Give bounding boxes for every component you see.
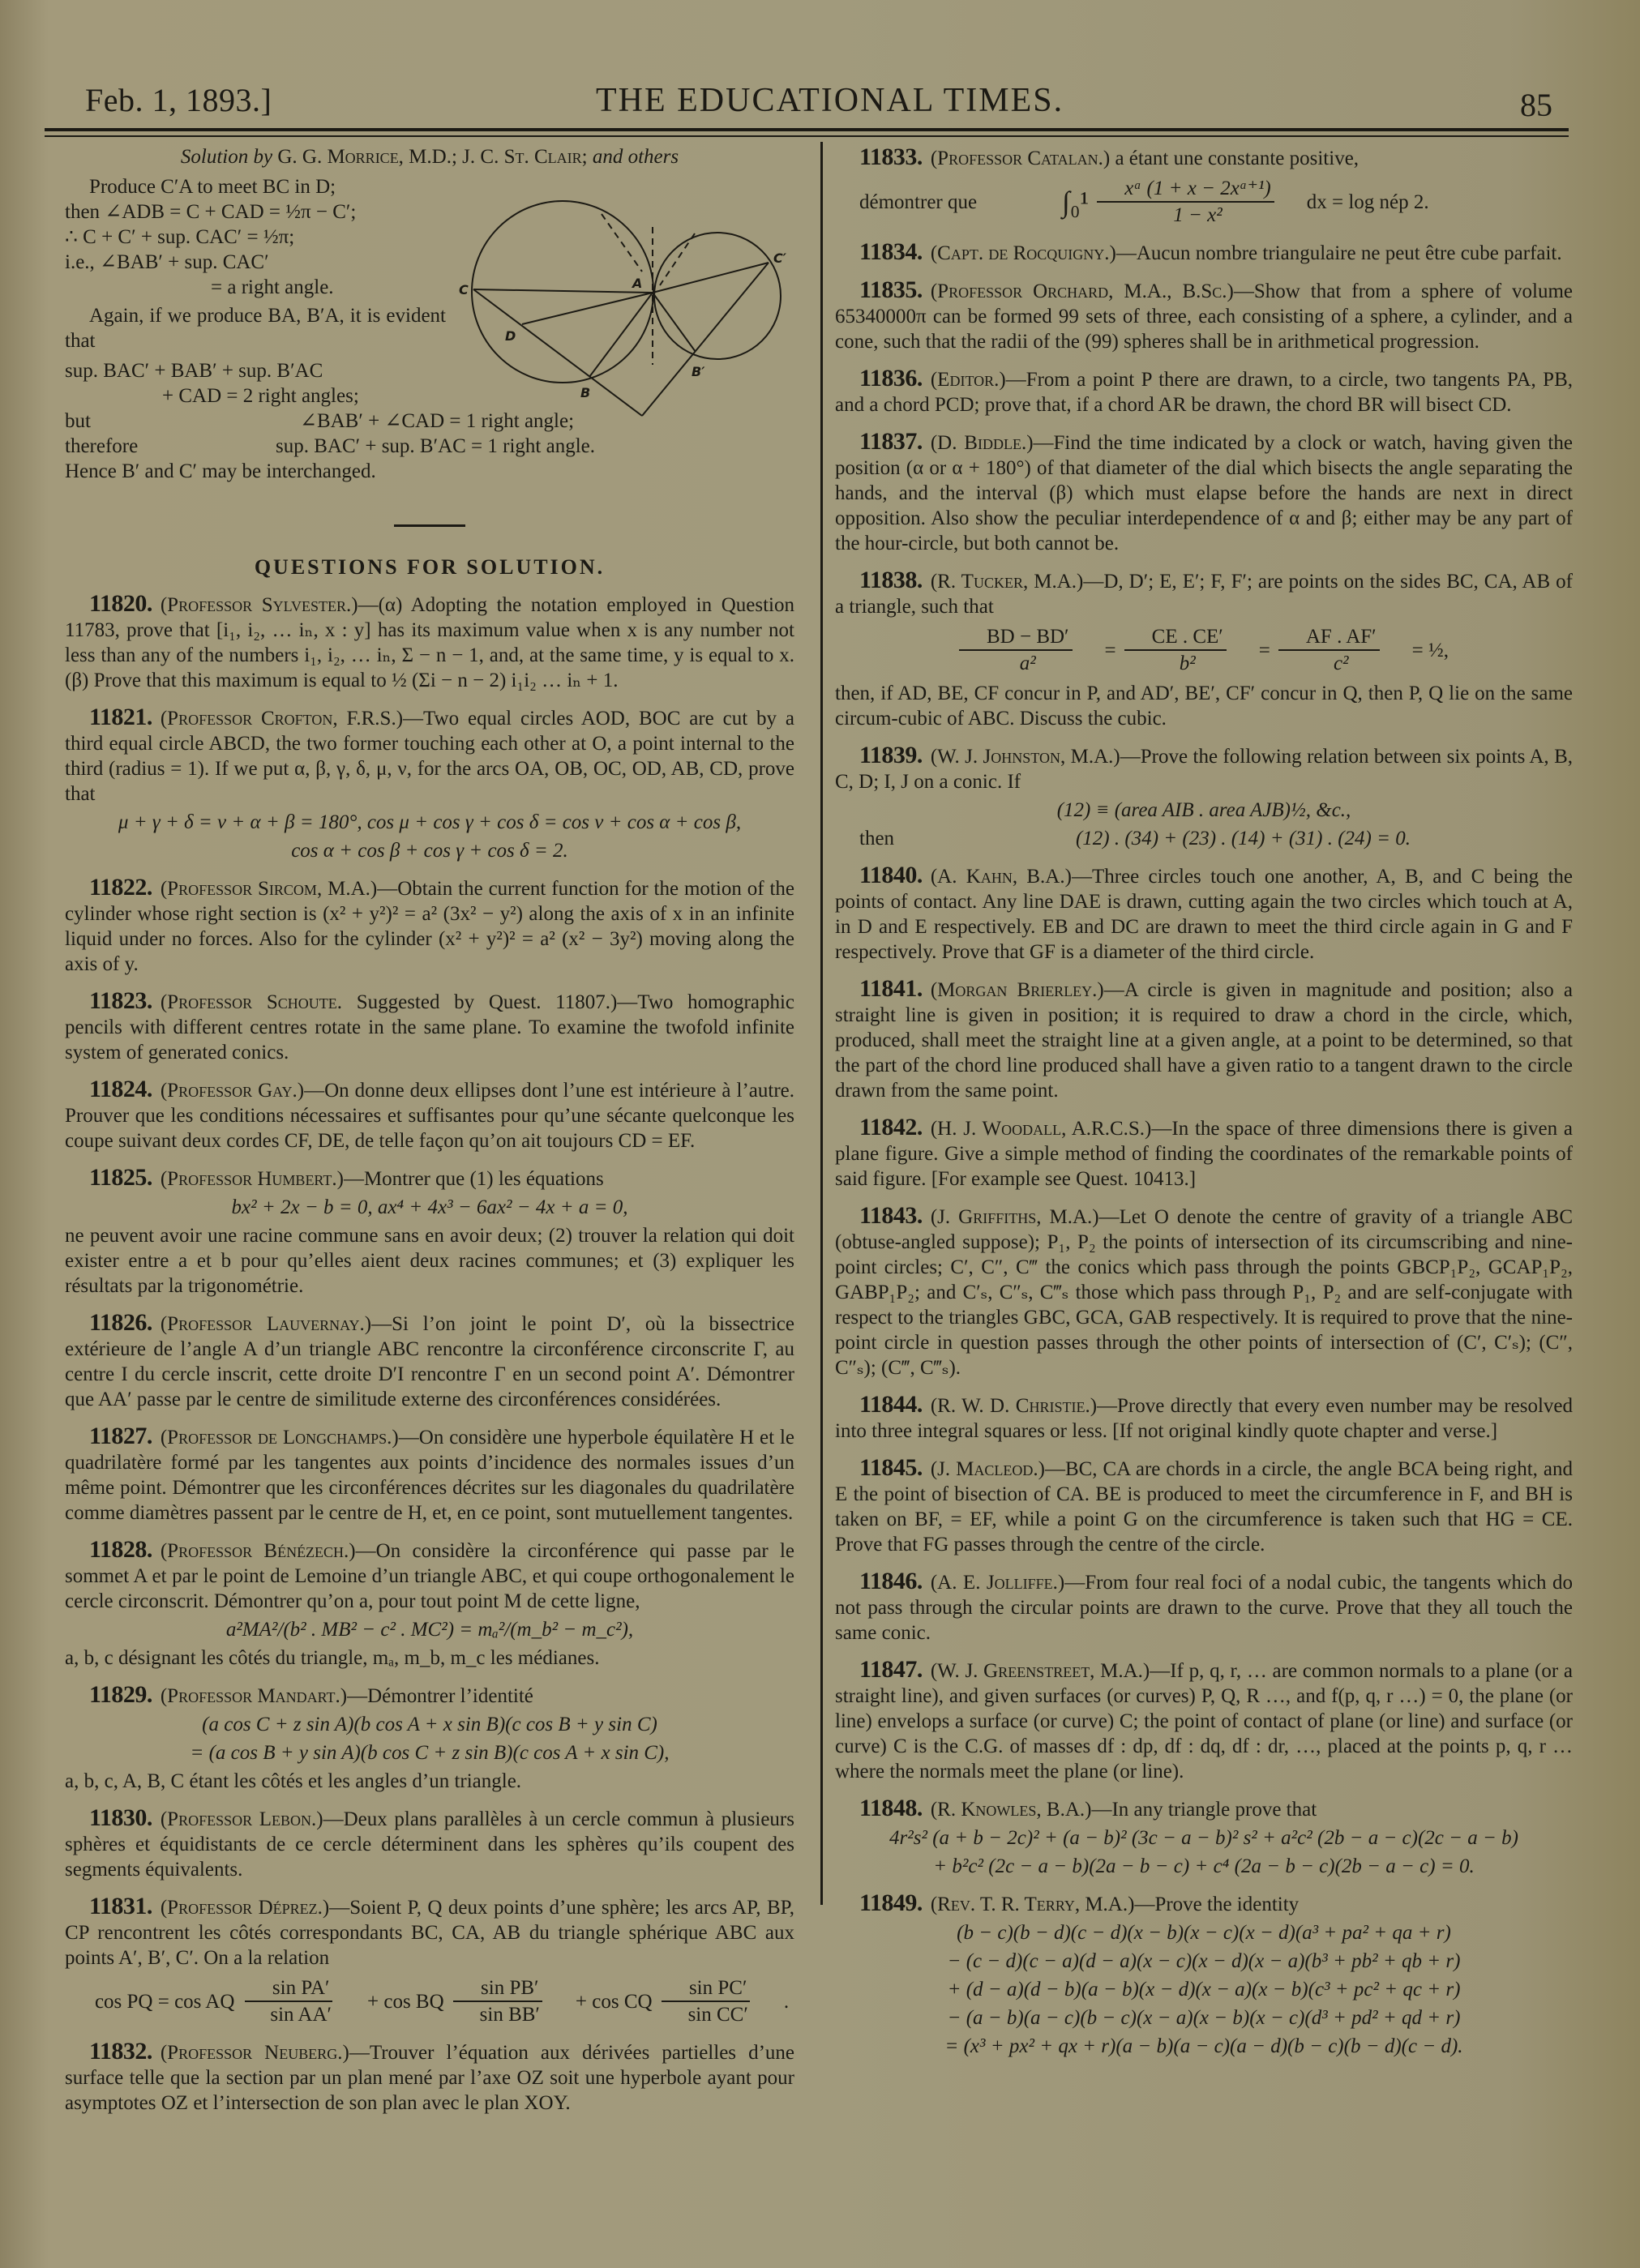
integral-equation: démontrer que∫₀¹xᵃ (1 + x − 2xᵃ⁺¹)1 − x²… — [835, 176, 1573, 228]
question-text: 11836.(Editor.)—From a point P there are… — [835, 366, 1573, 417]
question-continuation: a, b, c désignant les côtés du triangle,… — [65, 1645, 794, 1671]
question-author: (Professor Lauvernay.) — [161, 1313, 371, 1335]
question-body: a étant une constante positive, — [1110, 148, 1359, 169]
fraction-denominator: c² — [1306, 651, 1352, 676]
question-author: (Professor Crofton, F.R.S.) — [161, 708, 403, 730]
question-number: 11831. — [89, 1893, 152, 1919]
equation: = (x³ + px² + qx + r)(a − b)(a − c)(a − … — [835, 2034, 1573, 2059]
question-11829: 11829.(Professor Mandart.)—Démontrer l’i… — [65, 1682, 794, 1794]
fraction: sin PC′sin CC′ — [661, 1975, 751, 2027]
question-number: 11830. — [89, 1804, 152, 1831]
question-text: 11843.(J. Griffiths, M.A.)—Let O denote … — [835, 1203, 1573, 1380]
equation: + b²c² (2c − a − b)(2a − b − c) + c⁴ (2a… — [835, 1854, 1573, 1879]
question-author: (D. Biddle.) — [931, 432, 1034, 454]
formula-term: . — [760, 1989, 789, 2014]
equation: (12) ≡ (area AIB . area AJB)½, &c., — [835, 798, 1573, 823]
question-number: 11833. — [859, 143, 923, 170]
fraction-denominator: b² — [1152, 651, 1199, 676]
question-text: 11834.(Capt. de Rocquigny.)—Aucun nombre… — [835, 239, 1573, 266]
fraction-result: = ½, — [1388, 638, 1449, 663]
equation: − (c − d)(c − a)(d − a)(x − c)(x − d)(x … — [835, 1949, 1573, 1974]
question-author: (Professor Déprez.) — [161, 1897, 329, 1919]
question-11841: 11841.(Morgan Brierley.)—A circle is giv… — [835, 976, 1573, 1103]
question-number: 11836. — [859, 365, 923, 392]
question-number: 11838. — [859, 567, 923, 593]
then-equation: then(12) . (34) + (23) . (14) + (31) . (… — [835, 826, 1573, 851]
integral-sign: ∫₀¹ — [1038, 190, 1089, 215]
solution-but-line: but ∠BAB′ + ∠CAD = 1 right angle; — [65, 409, 794, 434]
question-body: —Démontrer l’identité — [347, 1685, 533, 1707]
question-text: 11825.(Professor Humbert.)—Montrer que (… — [65, 1165, 794, 1192]
page-number: 85 — [1520, 86, 1552, 124]
question-author: (Professor Mandart.) — [161, 1685, 347, 1707]
question-number: 11832. — [89, 2038, 152, 2065]
solution-line: ∴ C + C′ + sup. CAC′ = ½π; — [65, 225, 446, 250]
question-11838: 11838.(R. Tucker, M.A.)—D, D′; E, E′; F,… — [835, 567, 1573, 731]
question-text: 11830.(Professor Lebon.)—Deux plans para… — [65, 1805, 794, 1882]
question-number: 11827. — [89, 1423, 152, 1449]
questions-right: 11833.(Professor Catalan.) a étant une c… — [835, 144, 1573, 2059]
equation: − (a − b)(a − c)(b − c)(x − a)(x − b)(x … — [835, 2005, 1573, 2031]
solution-line: then ∠ADB = C + CAD = ½π − C′; — [65, 199, 446, 225]
equation: μ + γ + δ = ν + α + β = 180°, cos μ + co… — [65, 810, 794, 835]
question-author: (Professor de Longchamps.) — [161, 1427, 399, 1449]
integral-label: démontrer que — [835, 190, 1030, 215]
equation: (a cos C + z sin A)(b cos A + x sin B)(c… — [65, 1712, 794, 1737]
question-11822: 11822.(Professor Sircom, M.A.)—Obtain th… — [65, 875, 794, 977]
question-number: 11847. — [859, 1656, 923, 1683]
question-number: 11839. — [859, 742, 923, 768]
question-text: 11826.(Professor Lauvernay.)—Si l’on joi… — [65, 1310, 794, 1412]
fraction-equation: BD − BD′a²=CE . CE′b²=AF . AF′c²= ½, — [835, 624, 1573, 676]
question-body: —Let O denote the centre of gravity of a… — [835, 1206, 1573, 1379]
question-11828: 11828.(Professor Bénézech.)—On considère… — [65, 1537, 794, 1671]
question-text: 11848.(R. Knowles, B.A.)—In any triangle… — [835, 1795, 1573, 1822]
solution-body: Produce C′A to meet BC in D; then ∠ADB =… — [65, 174, 446, 409]
question-text: 11847.(W. J. Greenstreet, M.A.)—If p, q,… — [835, 1657, 1573, 1784]
question-number: 11822. — [89, 874, 152, 901]
question-author: (R. Knowles, B.A.) — [931, 1799, 1092, 1821]
question-author: (Professor Gay.) — [161, 1080, 304, 1102]
question-number: 11845. — [859, 1454, 923, 1481]
question-number: 11824. — [89, 1076, 152, 1102]
question-11821: 11821.(Professor Crofton, F.R.S.)—Two eq… — [65, 704, 794, 863]
left-column: Solution by G. G. Morrice, M.D.; J. C. S… — [65, 144, 794, 2127]
fraction-denominator: sin AA′ — [242, 2002, 335, 2027]
question-author: (Professor Humbert.) — [161, 1168, 344, 1190]
publication-title: THE EDUCATIONAL TIMES. — [596, 81, 1064, 120]
question-text: 11838.(R. Tucker, M.A.)—D, D′; E, E′; F,… — [835, 567, 1573, 619]
question-text: 11832.(Professor Neuberg.)—Trouver l’équ… — [65, 2039, 794, 2116]
question-11831: 11831.(Professor Déprez.)—Soient P, Q de… — [65, 1894, 794, 2027]
question-text: 11822.(Professor Sircom, M.A.)—Obtain th… — [65, 875, 794, 977]
question-number: 11846. — [859, 1568, 923, 1594]
question-number: 11841. — [859, 975, 923, 1002]
question-body: —Prove the identity — [1134, 1894, 1299, 1915]
question-continuation: ne peuvent avoir une racine commune sans… — [65, 1223, 794, 1299]
question-11834: 11834.(Capt. de Rocquigny.)—Aucun nombre… — [835, 239, 1573, 266]
question-11843: 11843.(J. Griffiths, M.A.)—Let O denote … — [835, 1203, 1573, 1380]
question-11823: 11823.(Professor Schoute. Suggested by Q… — [65, 988, 794, 1065]
question-11846: 11846.(A. E. Jolliffe.)—From four real f… — [835, 1568, 1573, 1645]
question-number: 11820. — [89, 590, 152, 617]
question-11830: 11830.(Professor Lebon.)—Deux plans para… — [65, 1805, 794, 1882]
question-author: (Professor Lebon.) — [161, 1808, 323, 1830]
question-author: (R. Tucker, M.A.) — [931, 571, 1083, 593]
question-11847: 11847.(W. J. Greenstreet, M.A.)—If p, q,… — [835, 1657, 1573, 1784]
solution-line: sup. BAC′ + BAB′ + sup. B′AC — [65, 358, 446, 383]
question-author: (Capt. de Rocquigny.) — [931, 242, 1116, 264]
question-11836: 11836.(Editor.)—From a point P there are… — [835, 366, 1573, 417]
equation: bx² + 2x − b = 0, ax⁴ + 4x³ − 6ax² − 4x … — [65, 1195, 794, 1220]
question-text: 11821.(Professor Crofton, F.R.S.)—Two eq… — [65, 704, 794, 807]
question-author: (Professor Neuberg.) — [161, 2042, 349, 2064]
question-number: 11843. — [859, 1202, 923, 1229]
header-rule — [45, 128, 1569, 131]
question-11832: 11832.(Professor Neuberg.)—Trouver l’équ… — [65, 2039, 794, 2116]
question-11825: 11825.(Professor Humbert.)—Montrer que (… — [65, 1165, 794, 1299]
fraction-denominator: a² — [992, 651, 1039, 676]
question-text: 11842.(H. J. Woodall, A.R.C.S.)—In the s… — [835, 1115, 1573, 1192]
header-rule-thin — [45, 135, 1569, 137]
question-number: 11835. — [859, 276, 923, 303]
question-number: 11823. — [89, 987, 152, 1014]
question-number: 11821. — [89, 704, 152, 730]
fraction-numerator: sin PA′ — [245, 1975, 333, 2002]
fraction-denominator: sin BB′ — [452, 2002, 543, 2027]
question-number: 11840. — [859, 862, 923, 888]
right-column: 11833.(Professor Catalan.) a étant une c… — [835, 144, 1573, 2070]
question-author: (A. E. Jolliffe.) — [931, 1572, 1064, 1594]
question-text: 11829.(Professor Mandart.)—Démontrer l’i… — [65, 1682, 794, 1709]
question-11833: 11833.(Professor Catalan.) a étant une c… — [835, 144, 1573, 228]
question-author: (Professor Schoute. — [161, 991, 342, 1013]
question-text: 11824.(Professor Gay.)—On donne deux ell… — [65, 1076, 794, 1153]
fraction-numerator: BD − BD′ — [959, 624, 1073, 651]
fraction: sin PB′sin BB′ — [452, 1975, 543, 2027]
question-11820: 11820.(Professor Sylvester.)—(α) Adoptin… — [65, 591, 794, 693]
question-text: 11839.(W. J. Johnston, M.A.)—Prove the f… — [835, 742, 1573, 794]
question-11837: 11837.(D. Biddle.)—Find the time indicat… — [835, 429, 1573, 556]
question-author: (Professor Orchard, M.A., B.Sc.) — [931, 280, 1234, 302]
equation: = (a cos B + y sin A)(b cos C + z sin B)… — [65, 1740, 794, 1765]
solution-line: Produce C′A to meet BC in D; — [65, 174, 446, 199]
question-text: 11827.(Professor de Longchamps.)—On cons… — [65, 1423, 794, 1526]
question-author: (Professor Bénézech.) — [161, 1540, 356, 1562]
newspaper-page: Feb. 1, 1893.] THE EDUCATIONAL TIMES. 85… — [0, 0, 1640, 2268]
question-number: 11828. — [89, 1536, 152, 1563]
question-text: 11849.(Rev. T. R. Terry, M.A.)—Prove the… — [835, 1890, 1573, 1917]
question-text: 11833.(Professor Catalan.) a étant une c… — [835, 144, 1573, 171]
equation: a²MA²/(b² . MB² − c² . MC²) = mₐ²/(m_b² … — [65, 1617, 794, 1642]
question-continuation: a, b, c, A, B, C étant les côtés et les … — [65, 1769, 794, 1794]
fraction-numerator: CE . CE′ — [1124, 624, 1227, 651]
question-11848: 11848.(R. Knowles, B.A.)—In any triangle… — [835, 1795, 1573, 1879]
fraction: AF . AF′c² — [1278, 624, 1380, 676]
question-author: (Professor Catalan.) — [931, 148, 1110, 169]
question-author: (R. W. D. Christie.) — [931, 1395, 1097, 1417]
question-11849: 11849.(Rev. T. R. Terry, M.A.)—Prove the… — [835, 1890, 1573, 2059]
question-11835: 11835.(Professor Orchard, M.A., B.Sc.)—S… — [835, 277, 1573, 354]
formula-term: cos PQ = cos AQ — [71, 1989, 234, 2014]
question-text: 11841.(Morgan Brierley.)—A circle is giv… — [835, 976, 1573, 1103]
integral-fraction: xᵃ (1 + x − 2xᵃ⁺¹)1 − x² — [1097, 176, 1274, 228]
question-body: —Montrer que (1) les équations — [344, 1168, 604, 1190]
solution-byline: Solution by G. G. Morrice, M.D.; J. C. S… — [65, 144, 794, 169]
question-11826: 11826.(Professor Lauvernay.)—Si l’on joi… — [65, 1310, 794, 1412]
issue-date: Feb. 1, 1893.] — [85, 81, 272, 119]
questions-left: 11820.(Professor Sylvester.)—(α) Adoptin… — [65, 591, 794, 2116]
fraction: BD − BD′a² — [959, 624, 1073, 676]
question-author: (J. Griffiths, M.A.) — [931, 1206, 1099, 1228]
fraction-numerator: sin PB′ — [453, 1975, 542, 2002]
question-body: —Aucun nombre triangulaire ne peut être … — [1116, 242, 1562, 264]
fraction-denominator: 1 − x² — [1145, 203, 1225, 228]
fraction-denominator: sin CC′ — [661, 2002, 751, 2027]
equation: 4r²s² (a + b − 2c)² + (a − b)² (3c − a −… — [835, 1825, 1573, 1851]
question-text: 11828.(Professor Bénézech.)—On considère… — [65, 1537, 794, 1614]
page-header: Feb. 1, 1893.] THE EDUCATIONAL TIMES. 85 — [45, 81, 1569, 130]
question-11824: 11824.(Professor Gay.)—On donne deux ell… — [65, 1076, 794, 1153]
question-text: 11820.(Professor Sylvester.)—(α) Adoptin… — [65, 591, 794, 693]
question-11842: 11842.(H. J. Woodall, A.R.C.S.)—In the s… — [835, 1115, 1573, 1192]
fraction: CE . CE′b² — [1124, 624, 1227, 676]
question-number: 11826. — [89, 1309, 152, 1336]
question-number: 11848. — [859, 1795, 923, 1821]
equals-sign: = — [1081, 638, 1116, 663]
question-11844: 11844.(R. W. D. Christie.)—Prove directl… — [835, 1392, 1573, 1444]
question-11827: 11827.(Professor de Longchamps.)—On cons… — [65, 1423, 794, 1526]
question-text: 11837.(D. Biddle.)—Find the time indicat… — [835, 429, 1573, 556]
question-number: 11834. — [859, 238, 923, 265]
equals-sign: = — [1235, 638, 1270, 663]
solution-therefore-line: therefore sup. BAC′ + sup. B′AC = 1 righ… — [65, 434, 794, 459]
question-text: 11835.(Professor Orchard, M.A., B.Sc.)—S… — [835, 277, 1573, 354]
question-author: (Rev. T. R. Terry, M.A.) — [931, 1894, 1135, 1915]
question-author: (Professor Sylvester.) — [161, 594, 358, 616]
section-title: QUESTIONS FOR SOLUTION. — [65, 554, 794, 580]
question-author: (W. J. Greenstreet, M.A.) — [931, 1660, 1150, 1682]
solution-line: i.e., ∠BAB′ + sup. CAC′ — [65, 250, 446, 275]
equation: (b − c)(b − d)(c − d)(x − b)(x − c)(x − … — [835, 1920, 1573, 1945]
question-text: 11831.(Professor Déprez.)—Soient P, Q de… — [65, 1894, 794, 1971]
question-author: (Morgan Brierley.) — [931, 979, 1104, 1001]
question-text: 11844.(R. W. D. Christie.)—Prove directl… — [835, 1392, 1573, 1444]
solution-line: Again, if we produce BA, B′A, it is evid… — [65, 303, 446, 353]
then-eq: (12) . (34) + (23) . (14) + (31) . (24) … — [1051, 826, 1411, 851]
solution-conclusion: Hence B′ and C′ may be interchanged. — [65, 459, 794, 484]
question-number: 11844. — [859, 1391, 923, 1418]
fraction-numerator: AF . AF′ — [1278, 624, 1380, 651]
question-author: (J. Macleod.) — [931, 1458, 1045, 1480]
question-author: (A. Kahn, B.A.) — [931, 866, 1072, 888]
then-label: then — [835, 826, 894, 851]
question-author: (Editor.) — [931, 369, 1006, 391]
question-text: 11846.(A. E. Jolliffe.)—From four real f… — [835, 1568, 1573, 1645]
question-author: (W. J. Johnston, M.A.) — [931, 746, 1120, 768]
question-number: 11829. — [89, 1681, 152, 1708]
question-author: (Professor Sircom, M.A.) — [161, 878, 377, 900]
solution-line: + CAD = 2 right angles; — [65, 383, 446, 409]
solution-line: = a right angle. — [65, 275, 446, 300]
equation: + (d − a)(d − b)(a − b)(x − d)(x − a)(x … — [835, 1977, 1573, 2002]
question-text: 11840.(A. Kahn, B.A.)—Three circles touc… — [835, 862, 1573, 965]
question-11845: 11845.(J. Macleod.)—BC, CA are chords in… — [835, 1455, 1573, 1557]
question-body: —In any triangle prove that — [1091, 1799, 1317, 1821]
formula-term: + cos CQ — [551, 1989, 653, 2014]
question-11839: 11839.(W. J. Johnston, M.A.)—Prove the f… — [835, 742, 1573, 851]
fraction-numerator: xᵃ (1 + x − 2xᵃ⁺¹) — [1097, 176, 1274, 203]
fraction-numerator: sin PC′ — [662, 1975, 750, 2002]
question-text: 11845.(J. Macleod.)—BC, CA are chords in… — [835, 1455, 1573, 1557]
fraction: sin PA′sin AA′ — [242, 1975, 335, 2027]
question-text: 11823.(Professor Schoute. Suggested by Q… — [65, 988, 794, 1065]
question-number: 11825. — [89, 1164, 152, 1191]
section-divider — [394, 524, 465, 527]
relation-formula: cos PQ = cos AQsin PA′sin AA′+ cos BQsin… — [65, 1975, 794, 2027]
equation: cos α + cos β + cos γ + cos δ = 2. — [65, 838, 794, 863]
question-11840: 11840.(A. Kahn, B.A.)—Three circles touc… — [835, 862, 1573, 965]
integral-result: dx = log nép 2. — [1282, 190, 1429, 215]
question-continuation: then, if AD, BE, CF concur in P, and AD′… — [835, 681, 1573, 731]
question-number: 11837. — [859, 428, 923, 455]
question-number: 11849. — [859, 1889, 923, 1916]
formula-term: + cos BQ — [343, 1989, 444, 2014]
question-author: (H. J. Woodall, A.R.C.S.) — [931, 1118, 1152, 1140]
question-number: 11842. — [859, 1114, 923, 1140]
